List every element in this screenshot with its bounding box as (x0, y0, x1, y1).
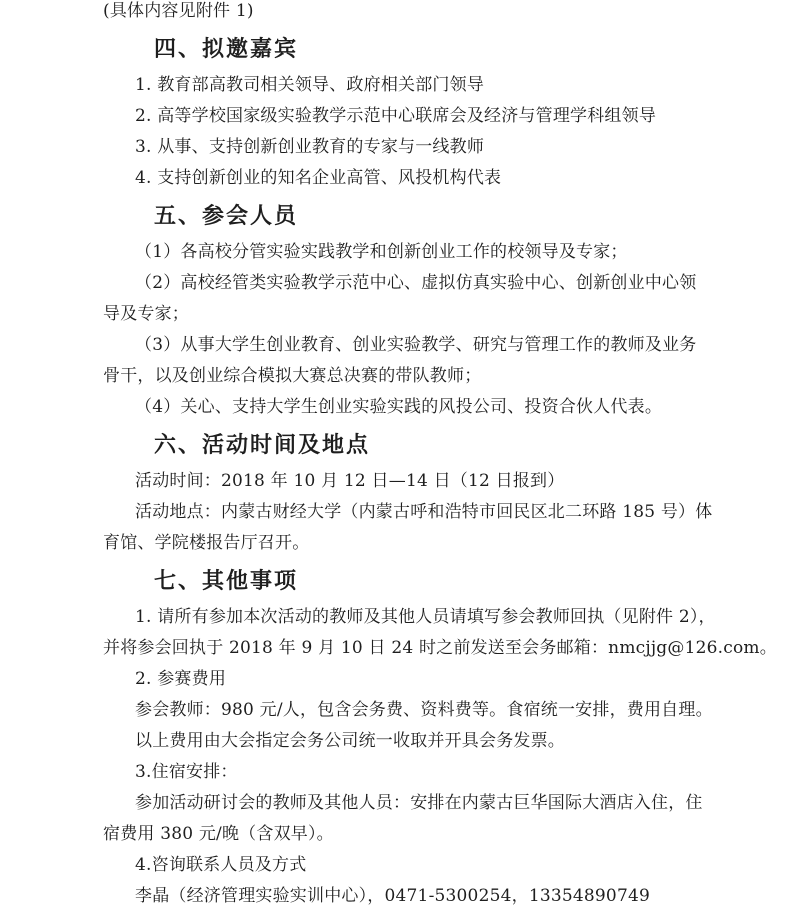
document-line: 导及专家； (103, 299, 800, 330)
document-line: 2. 参赛费用 (103, 664, 800, 695)
document-line: 活动地点：内蒙古财经大学（内蒙古呼和浩特市回民区北二环路 185 号）体 (103, 497, 800, 528)
document-line: 3. 从事、支持创新创业教育的专家与一线教师 (103, 132, 800, 163)
document-line: 骨干，以及创业综合模拟大赛总决赛的带队教师； (103, 361, 800, 392)
document-line: 李晶（经济管理实验实训中心），0471-5300254，13354890749 (103, 881, 800, 907)
document-line: 参会教师：980 元/人，包含会务费、资料费等。食宿统一安排，费用自理。 (103, 695, 800, 726)
document-line: 活动时间：2018 年 10 月 12 日—14 日（12 日报到） (103, 466, 800, 497)
section-heading: 六、活动时间及地点 (103, 428, 800, 462)
section-heading: 五、参会人员 (103, 199, 800, 233)
document-line: 参加活动研讨会的教师及其他人员：安排在内蒙古巨华国际大酒店入住，住 (103, 788, 800, 819)
document-line: 育馆、学院楼报告厅召开。 (103, 528, 800, 559)
document-line: 以上费用由大会指定会务公司统一收取并开具会务发票。 (103, 726, 800, 757)
document-line: （3）从事大学生创业教育、创业实验教学、研究与管理工作的教师及业务 (103, 330, 800, 361)
document-line: 4.咨询联系人员及方式 (103, 850, 800, 881)
document-page: (具体内容见附件 1) 四、拟邀嘉宾1. 教育部高教司相关领导、政府相关部门领导… (0, 0, 800, 907)
document-line: 宿费用 380 元/晚（含双早）。 (103, 819, 800, 850)
document-line: 3.住宿安排： (103, 757, 800, 788)
document-line: 4. 支持创新创业的知名企业高管、风投机构代表 (103, 163, 800, 194)
document-body: (具体内容见附件 1) 四、拟邀嘉宾1. 教育部高教司相关领导、政府相关部门领导… (103, 0, 800, 907)
document-line: （1）各高校分管实验实践教学和创新创业工作的校领导及专家； (103, 237, 800, 268)
section-heading: 七、其他事项 (103, 564, 800, 598)
document-line: 并将参会回执于 2018 年 9 月 10 日 24 时之前发送至会务邮箱：nm… (103, 633, 800, 664)
document-line: 1. 请所有参加本次活动的教师及其他人员请填写参会教师回执（见附件 2）， (103, 602, 800, 633)
document-line: 2. 高等学校国家级实验教学示范中心联席会及经济与管理学科组领导 (103, 101, 800, 132)
document-line: 1. 教育部高教司相关领导、政府相关部门领导 (103, 70, 800, 101)
document-line: （2）高校经管类实验教学示范中心、虚拟仿真实验中心、创新创业中心领 (103, 268, 800, 299)
attachment-note: (具体内容见附件 1) (103, 0, 800, 27)
document-line: （4）关心、支持大学生创业实验实践的风投公司、投资合伙人代表。 (103, 392, 800, 423)
section-heading: 四、拟邀嘉宾 (103, 32, 800, 66)
